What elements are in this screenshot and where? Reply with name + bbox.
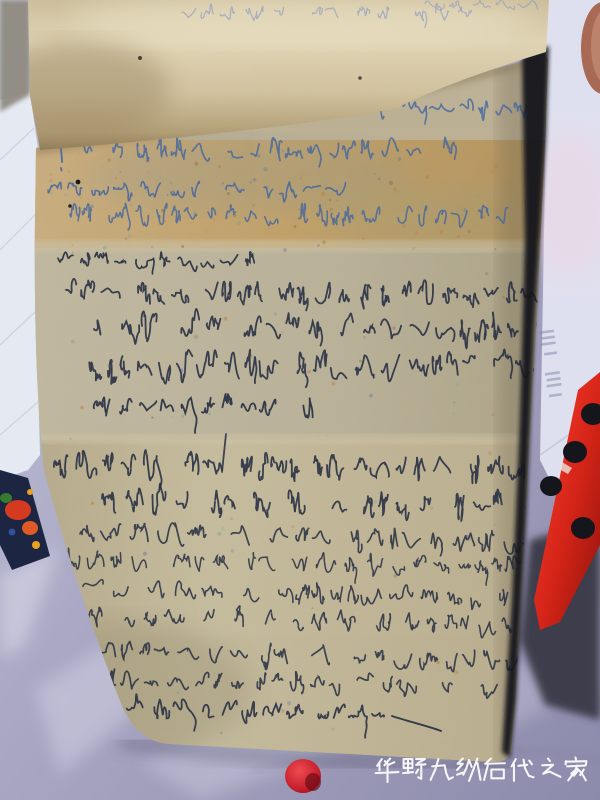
small-red-object <box>285 759 321 793</box>
left-edge-shadow <box>0 0 30 112</box>
photo-of-notebook: 华野九纵后代之家 8.19(四) 夜行。 20(一) ……今日红军…… ……向红… <box>0 0 600 800</box>
photo-scene <box>0 0 600 800</box>
left-white-paper <box>0 92 40 480</box>
